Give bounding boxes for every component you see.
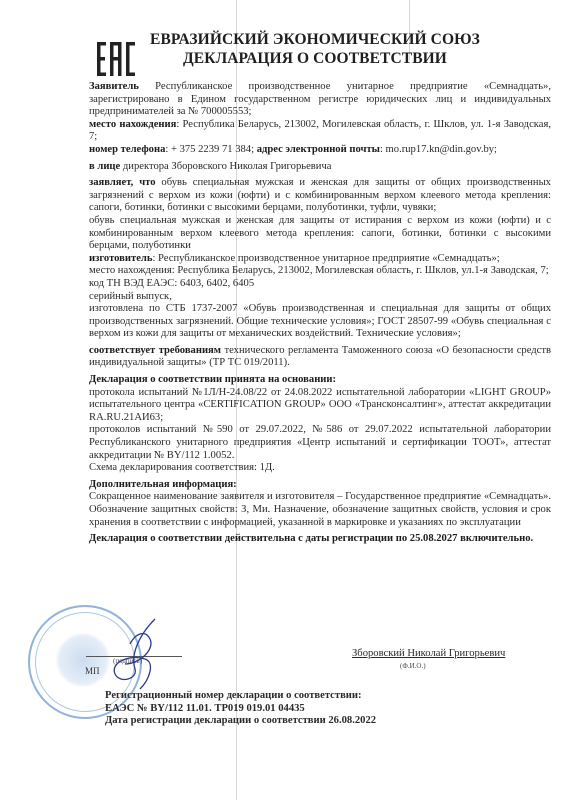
manufacturer-name: : Республиканское производственное унита… xyxy=(152,253,499,264)
additional-heading-text: Дополнительная информация: xyxy=(89,479,237,490)
registration-number: ЕАЭС № BY/112 11.01. ТР019 019.01 04435 xyxy=(105,703,376,716)
rep-label: в лице xyxy=(89,161,120,172)
title-line-2: ДЕКЛАРАЦИЯ О СООТВЕТСТВИИ xyxy=(150,49,480,68)
applicant-section: Заявитель Республиканское производственн… xyxy=(89,81,551,119)
applicant-representative: в лице директора Зборовского Николая Гри… xyxy=(89,161,551,174)
protocol-2: протоколов испытаний №590 от 29.07.2022,… xyxy=(89,424,551,462)
manufacturer-location: место нахождения: Республика Беларусь, 2… xyxy=(89,265,551,278)
declares-section: заявляет, что обувь специальная мужская … xyxy=(89,177,551,215)
standards: изготовлена по СТБ 1737-2007 «Обувь прои… xyxy=(89,303,551,341)
basis-heading: Декларация о соответствии принята на осн… xyxy=(89,374,551,387)
additional-text: Сокращенное наименование заявителя и изг… xyxy=(89,491,551,529)
location-label: место нахождения xyxy=(89,119,176,130)
applicant-text: Республиканское производственное унитарн… xyxy=(89,81,551,117)
additional-heading: Дополнительная информация: xyxy=(89,479,551,492)
manufacturer-section: изготовитель: Республиканское производст… xyxy=(89,253,551,266)
declaration-scheme: Схема декларирования соответствия: 1Д. xyxy=(89,462,551,475)
validity-text: Декларация о соответствии действительна … xyxy=(89,533,533,544)
stamp-place-label: МП xyxy=(85,666,100,676)
serial-release: серийный выпуск, xyxy=(89,291,551,304)
document-title: ЕВРАЗИЙСКИЙ ЭКОНОМИЧЕСКИЙ СОЮЗ ДЕКЛАРАЦИ… xyxy=(150,30,480,68)
product-1: обувь специальная мужская и женская для … xyxy=(89,177,551,213)
registration-label: Регистрационный номер декларации о соотв… xyxy=(105,690,376,703)
protocol-1: протокола испытаний №1Л/Н-24.08/22 от 24… xyxy=(89,387,551,425)
declares-label: заявляет, что xyxy=(89,177,156,188)
signatory-name: Зборовский Николай Григорьевич xyxy=(352,648,505,659)
applicant-label: Заявитель xyxy=(89,81,139,92)
email-value: : mo.rup17.kn@din.gov.by; xyxy=(380,144,497,155)
registration-date: Дата регистрации декларации о соответств… xyxy=(105,715,376,728)
conformity-section: соответствует требованиям технического р… xyxy=(89,345,551,370)
tn-ved-code: код ТН ВЭД ЕАЭС: 6403, 6402, 6405 xyxy=(89,278,551,291)
handwritten-signature-icon xyxy=(100,614,180,694)
signatory-name-label: (Ф.И.О.) xyxy=(400,662,426,670)
registration-block: Регистрационный номер декларации о соотв… xyxy=(105,690,376,728)
conformity-label: соответствует требованиям xyxy=(89,345,221,356)
rep-text: директора Зборовского Николая Григорьеви… xyxy=(120,161,331,172)
basis-heading-text: Декларация о соответствии принята на осн… xyxy=(89,374,336,385)
phone-label: номер телефона xyxy=(89,144,165,155)
manufacturer-label: изготовитель xyxy=(89,253,152,264)
phone-value: : + 375 2239 71 384; xyxy=(165,144,256,155)
email-label: адрес электронной почты xyxy=(257,144,380,155)
validity: Декларация о соответствии действительна … xyxy=(89,533,551,546)
product-2: обувь специальная мужская и женская для … xyxy=(89,215,551,253)
applicant-contacts: номер телефона: + 375 2239 71 384; адрес… xyxy=(89,144,551,157)
declaration-body: Заявитель Республиканское производственн… xyxy=(89,81,551,546)
eac-logo-icon xyxy=(97,42,135,76)
title-line-1: ЕВРАЗИЙСКИЙ ЭКОНОМИЧЕСКИЙ СОЮЗ xyxy=(150,30,480,49)
applicant-location: место нахождения: Республика Беларусь, 2… xyxy=(89,119,551,144)
